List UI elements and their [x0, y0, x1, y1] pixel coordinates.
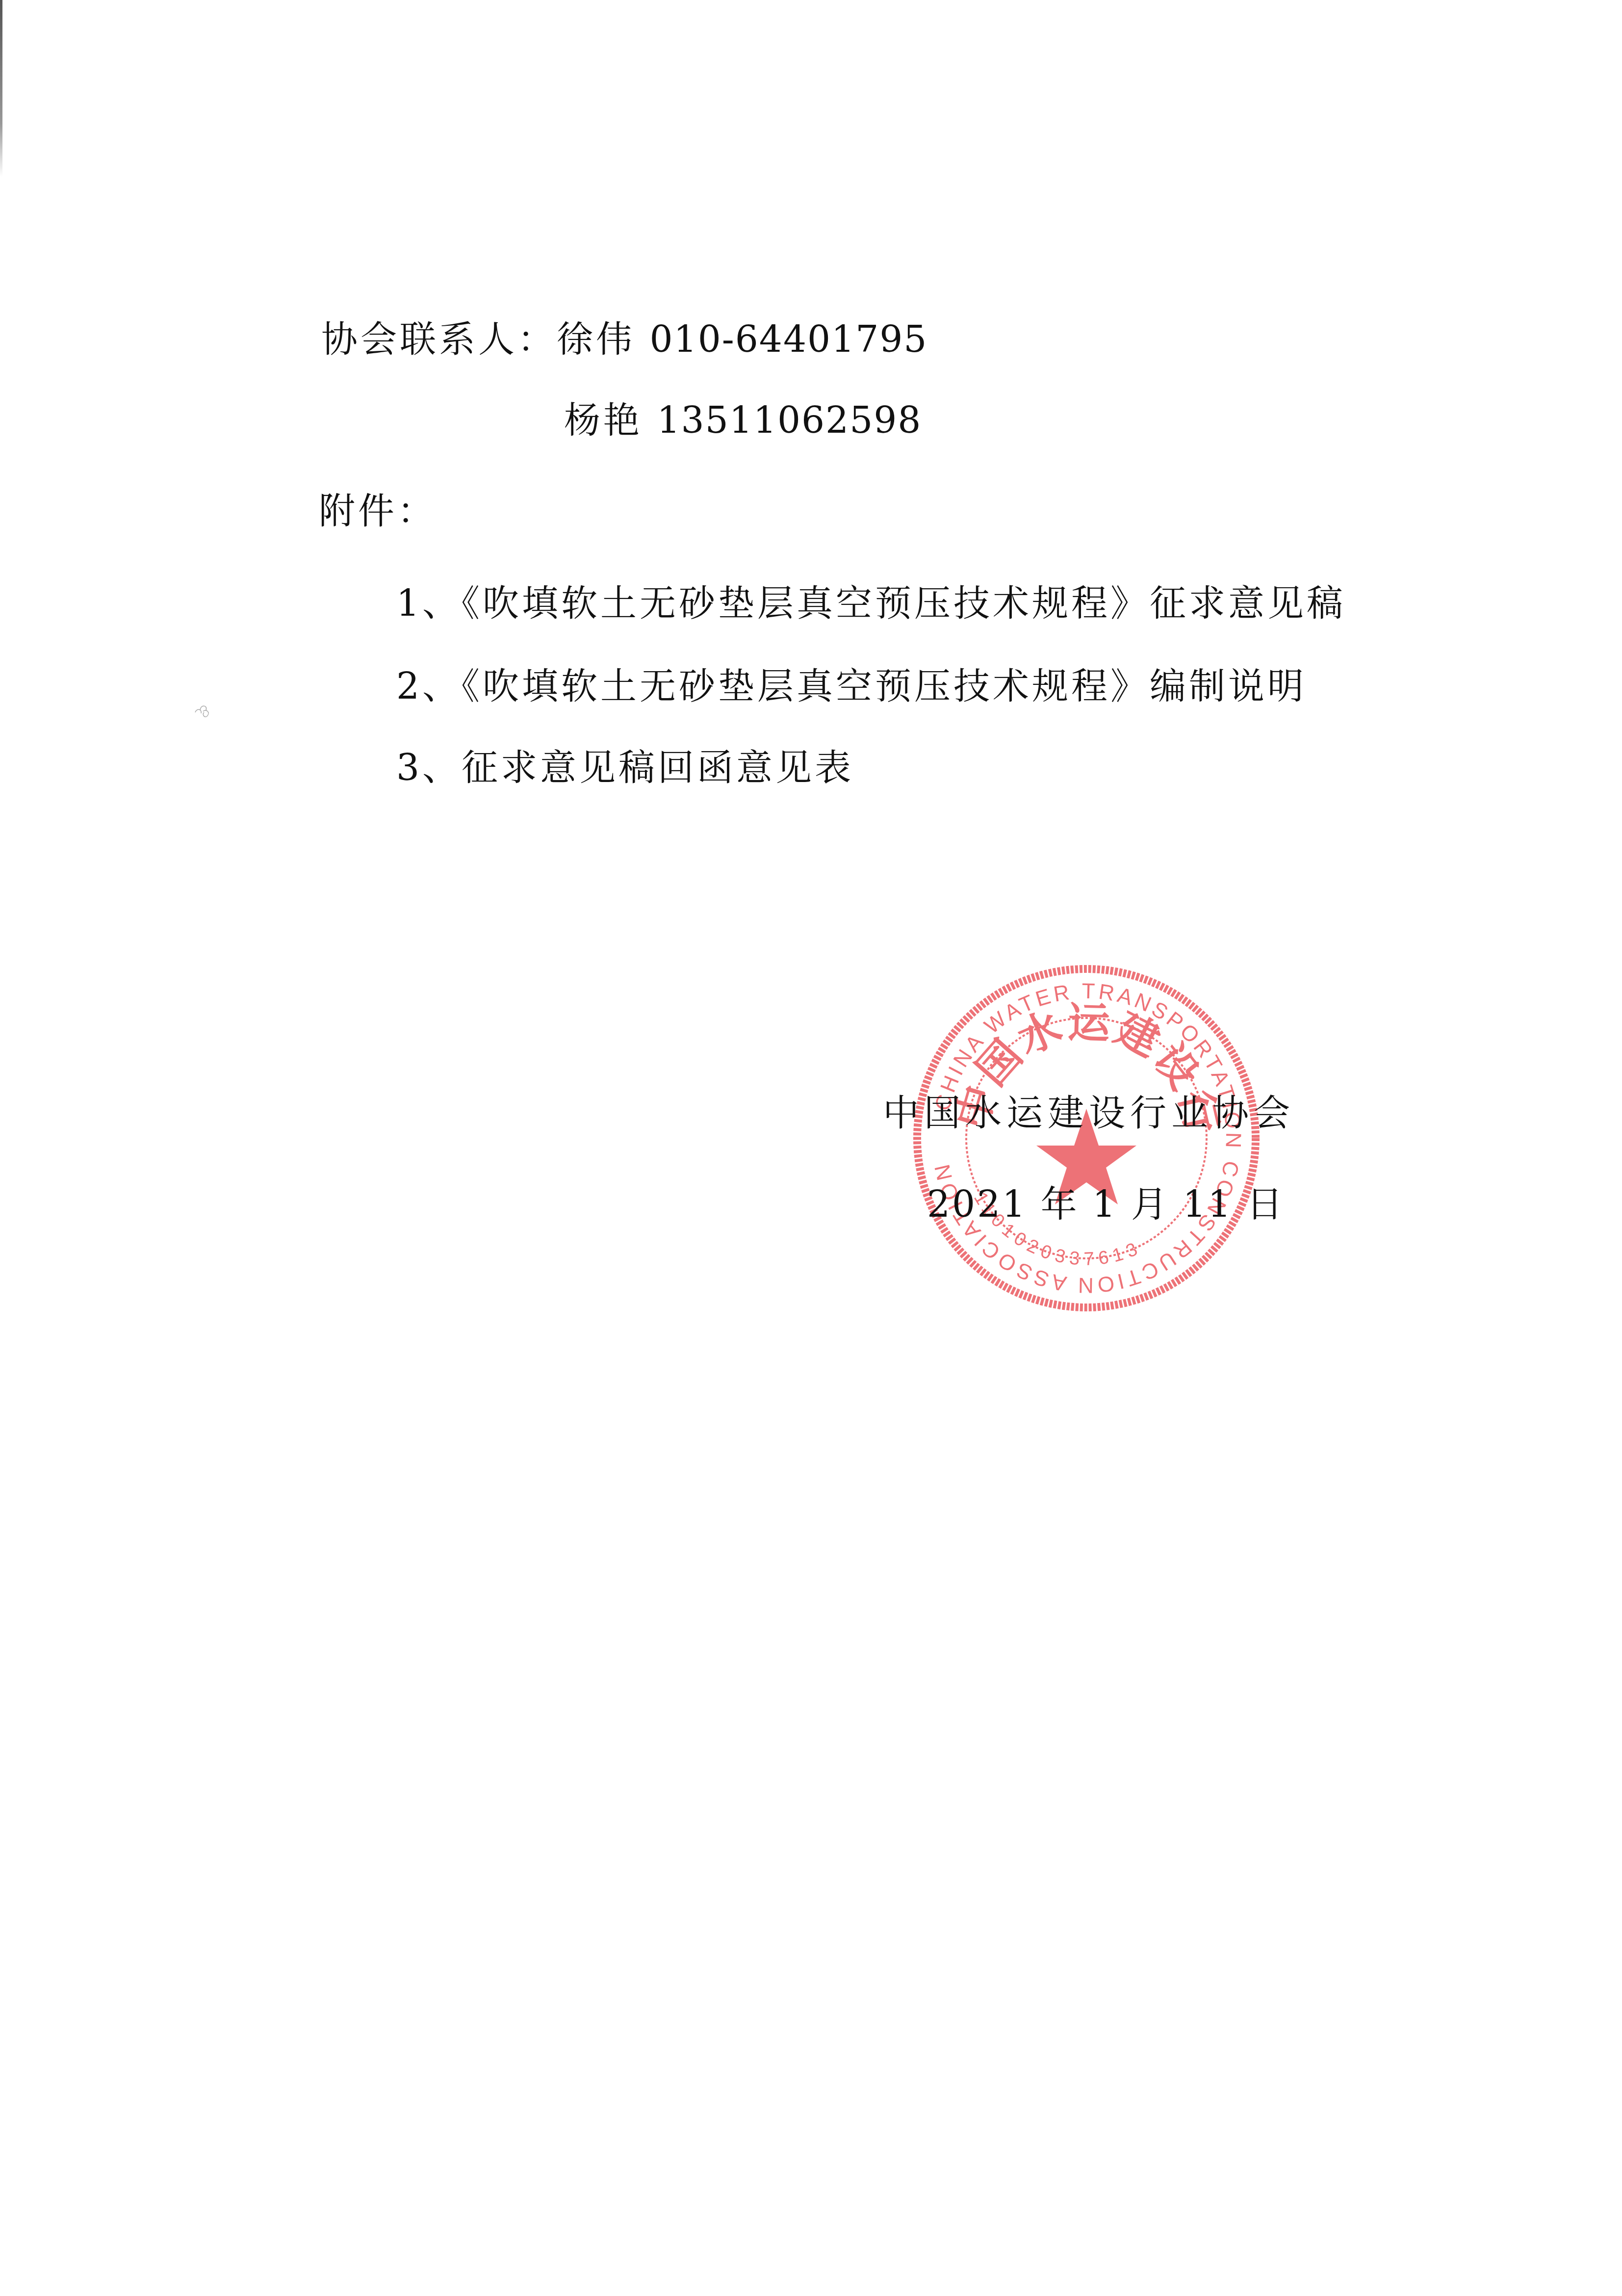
attachment-item: 2、《吹填软土无砂垫层真空预压技术规程》编制说明: [396, 668, 1307, 704]
contact-name-1: 徐伟: [557, 318, 635, 361]
contact-line-primary: 协会联系人：徐伟 010-64401795: [321, 321, 927, 358]
pencil-mark: [191, 702, 216, 721]
contact-line-secondary: 杨艳 13511062598: [564, 402, 922, 439]
contact-phone-2: 13511062598: [657, 399, 922, 442]
signing-date: 2021 年 1 月 11 日: [927, 1186, 1285, 1223]
contact-name-2: 杨艳: [564, 399, 643, 442]
scan-edge: [0, 0, 2, 177]
attachment-item: 3、征求意见稿回函意见表: [396, 750, 854, 786]
attachment-item: 1、《吹填软土无砂垫层真空预压技术规程》征求意见稿: [396, 585, 1346, 622]
contacts-label: 协会联系人：: [321, 318, 557, 361]
attachments-label: 附件：: [319, 493, 437, 529]
official-seal-icon: CHINA WATER TRANSPORTATION CONSTRUCTION …: [910, 962, 1263, 1315]
contact-phone-1: 010-64401795: [650, 318, 928, 361]
signing-organization: 中国水运建设行业协会: [883, 1095, 1295, 1131]
